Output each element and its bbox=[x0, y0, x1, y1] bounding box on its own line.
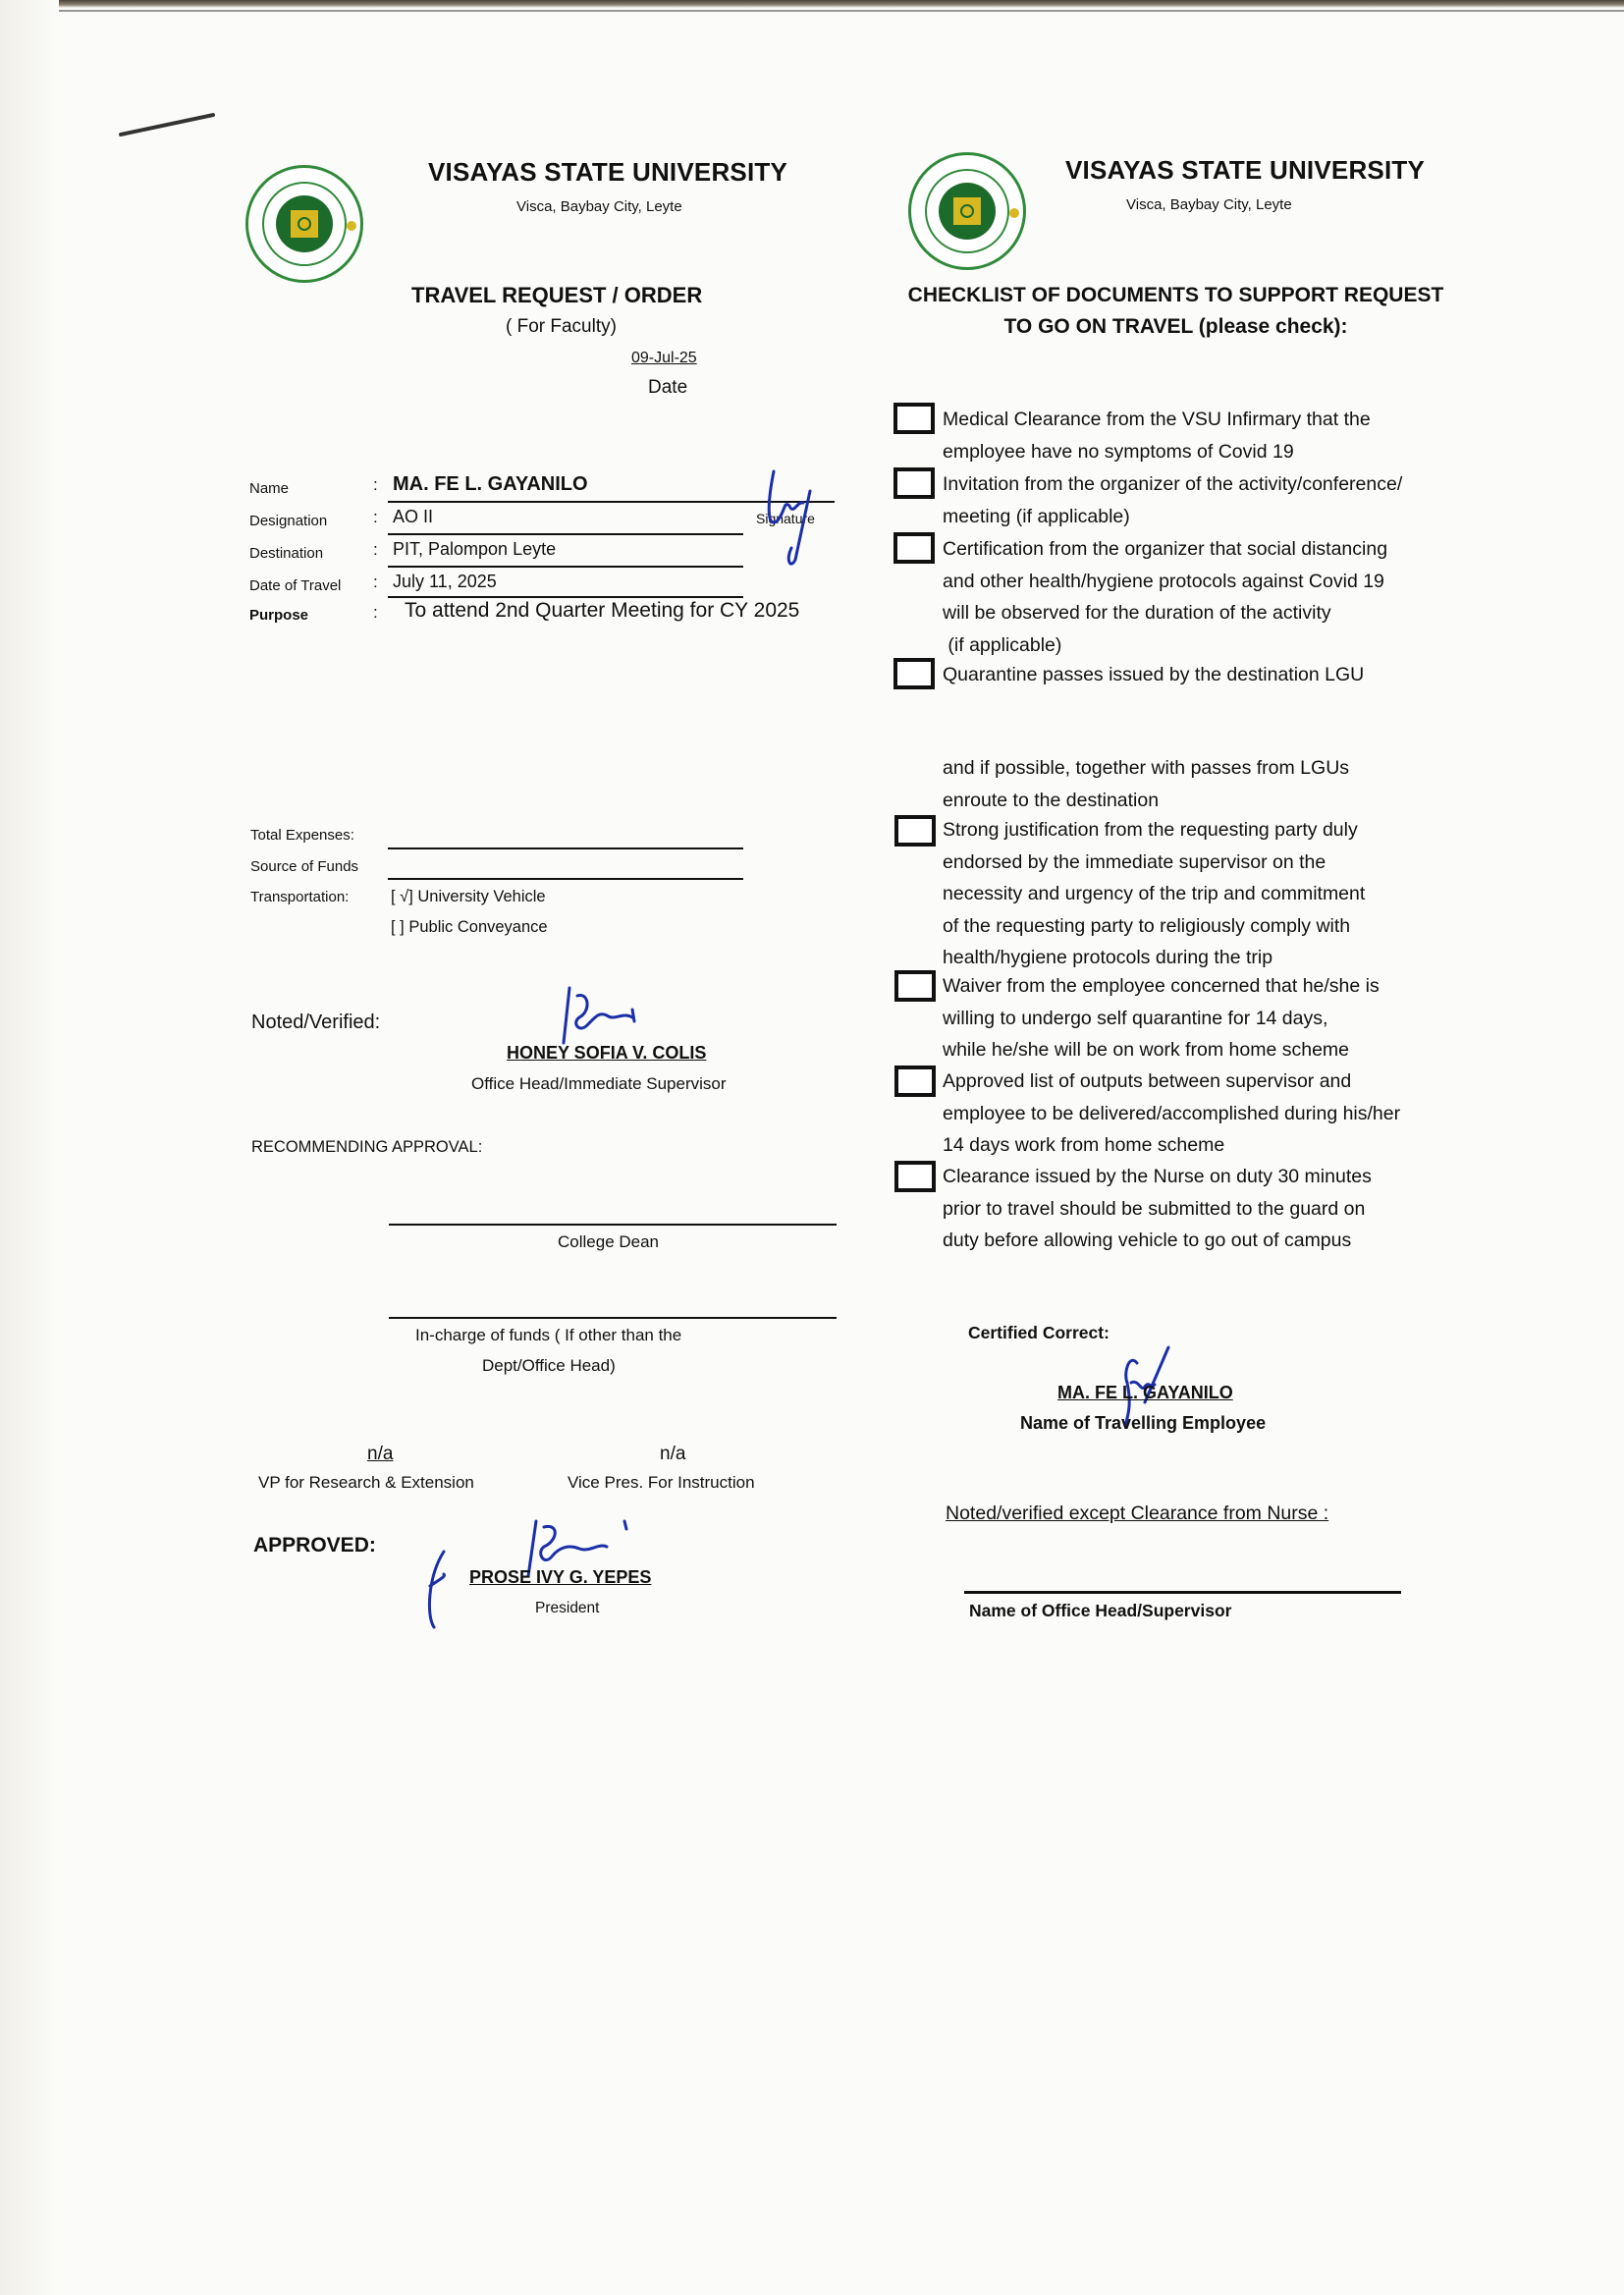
university-seal-logo bbox=[245, 165, 363, 283]
checkbox-nurse-clearance[interactable] bbox=[894, 1161, 936, 1192]
office-head-line bbox=[964, 1591, 1401, 1594]
vp-research-title: VP for Research & Extension bbox=[258, 1473, 474, 1493]
name-label: Name bbox=[249, 480, 289, 497]
form-subtitle: ( For Faculty) bbox=[506, 316, 617, 338]
checklist-title-line1: CHECKLIST OF DOCUMENTS TO SUPPORT REQUES… bbox=[884, 284, 1468, 307]
destination-underline bbox=[388, 566, 743, 568]
noted-verified-label: Noted/Verified: bbox=[251, 1011, 380, 1034]
president-title: President bbox=[535, 1600, 599, 1617]
scan-top-edge bbox=[59, 0, 1624, 8]
form-title: TRAVEL REQUEST / ORDER bbox=[411, 283, 702, 308]
checkbox-approved-outputs[interactable] bbox=[894, 1066, 936, 1097]
colon: : bbox=[373, 573, 378, 592]
checkbox-invitation[interactable] bbox=[893, 467, 935, 499]
checklist-item-quarantine-passes: Quarantine passes issued by the destinat… bbox=[943, 659, 1364, 691]
certified-correct-label: Certified Correct: bbox=[968, 1323, 1110, 1343]
scan-mark bbox=[119, 113, 216, 137]
scan-edge-shadow bbox=[0, 0, 59, 2295]
in-charge-funds-label: In-charge of funds ( If other than the bbox=[415, 1326, 681, 1345]
college-dean-label: College Dean bbox=[558, 1232, 659, 1252]
checklist-item-quarantine-continuation: and if possible, together with passes fr… bbox=[943, 752, 1349, 816]
transportation-label: Transportation: bbox=[250, 889, 349, 905]
total-expenses-label: Total Expenses: bbox=[250, 827, 354, 844]
checklist-title-line2: TO GO ON TRAVEL (please check): bbox=[884, 315, 1468, 339]
vp-research-value: n/a bbox=[367, 1444, 393, 1465]
recommending-approval-label: RECOMMENDING APPROVAL: bbox=[251, 1138, 482, 1157]
vp-instruction-value: n/a bbox=[660, 1444, 685, 1465]
date-label: Date bbox=[648, 377, 687, 399]
date-of-travel-underline bbox=[388, 596, 743, 598]
checklist-item-approved-outputs: Approved list of outputs between supervi… bbox=[943, 1066, 1400, 1162]
college-dean-line bbox=[389, 1224, 837, 1226]
office-head-caption: Name of Office Head/Supervisor bbox=[969, 1601, 1231, 1621]
university-address: Visca, Baybay City, Leyte bbox=[1126, 196, 1292, 213]
source-of-funds-label: Source of Funds bbox=[250, 858, 358, 875]
checkbox-waiver[interactable] bbox=[894, 970, 936, 1002]
approved-label: APPROVED: bbox=[253, 1534, 376, 1557]
transport-public-conveyance[interactable]: [ ] Public Conveyance bbox=[391, 918, 548, 937]
checklist-item-medical-clearance: Medical Clearance from the VSU Infirmary… bbox=[943, 404, 1371, 467]
noted-except-nurse-label: Noted/verified except Clearance from Nur… bbox=[946, 1503, 1328, 1525]
supervisor-signature bbox=[550, 982, 668, 1051]
applicant-signature bbox=[756, 462, 835, 570]
designation-value: AO II bbox=[393, 507, 433, 527]
checklist-item-strong-justification: Strong justification from the requesting… bbox=[943, 814, 1365, 974]
destination-label: Destination bbox=[249, 545, 323, 562]
source-of-funds-line bbox=[388, 878, 743, 880]
total-expenses-line bbox=[388, 847, 743, 849]
purpose-label: Purpose bbox=[249, 607, 308, 624]
checklist-item-certification: Certification from the organizer that so… bbox=[943, 533, 1387, 661]
purpose-value: To attend 2nd Quarter Meeting for CY 202… bbox=[405, 599, 799, 623]
destination-value: PIT, Palompon Leyte bbox=[393, 539, 556, 560]
vp-instruction-title: Vice Pres. For Instruction bbox=[568, 1473, 755, 1493]
designation-label: Designation bbox=[249, 513, 327, 529]
transport-university-vehicle[interactable]: [ √] University Vehicle bbox=[391, 888, 546, 906]
checkbox-certification[interactable] bbox=[893, 532, 935, 564]
colon: : bbox=[373, 603, 378, 623]
checkbox-medical-clearance[interactable] bbox=[893, 403, 935, 434]
in-charge-funds-line bbox=[389, 1317, 837, 1319]
university-seal-logo bbox=[908, 152, 1026, 270]
employee-name: MA. FE L. GAYANILO bbox=[1057, 1383, 1233, 1403]
checklist-item-waiver: Waiver from the employee concerned that … bbox=[943, 970, 1380, 1066]
name-value: MA. FE L. GAYANILO bbox=[393, 473, 588, 496]
supervisor-name: HONEY SOFIA V. COLIS bbox=[507, 1043, 706, 1064]
checkbox-quarantine-passes[interactable] bbox=[893, 658, 935, 689]
request-date: 09-Jul-25 bbox=[631, 350, 697, 367]
university-address: Visca, Baybay City, Leyte bbox=[516, 198, 682, 215]
designation-underline bbox=[388, 533, 743, 535]
colon: : bbox=[373, 508, 378, 527]
date-of-travel-value: July 11, 2025 bbox=[393, 572, 497, 592]
scan-top-line bbox=[59, 10, 1624, 12]
checklist-item-invitation: Invitation from the organizer of the act… bbox=[943, 468, 1402, 532]
university-name: VISAYAS STATE UNIVERSITY bbox=[1065, 155, 1425, 186]
colon: : bbox=[373, 540, 378, 560]
university-name: VISAYAS STATE UNIVERSITY bbox=[428, 157, 787, 188]
checklist-item-nurse-clearance: Clearance issued by the Nurse on duty 30… bbox=[943, 1161, 1372, 1257]
supervisor-title: Office Head/Immediate Supervisor bbox=[471, 1074, 727, 1094]
employee-caption: Name of Travelling Employee bbox=[1020, 1413, 1266, 1434]
in-charge-funds-label-2: Dept/Office Head) bbox=[482, 1356, 616, 1376]
checkbox-strong-justification[interactable] bbox=[894, 815, 936, 847]
president-name: PROSE IVY G. YEPES bbox=[469, 1567, 651, 1588]
colon: : bbox=[373, 475, 378, 495]
date-of-travel-label: Date of Travel bbox=[249, 577, 341, 594]
